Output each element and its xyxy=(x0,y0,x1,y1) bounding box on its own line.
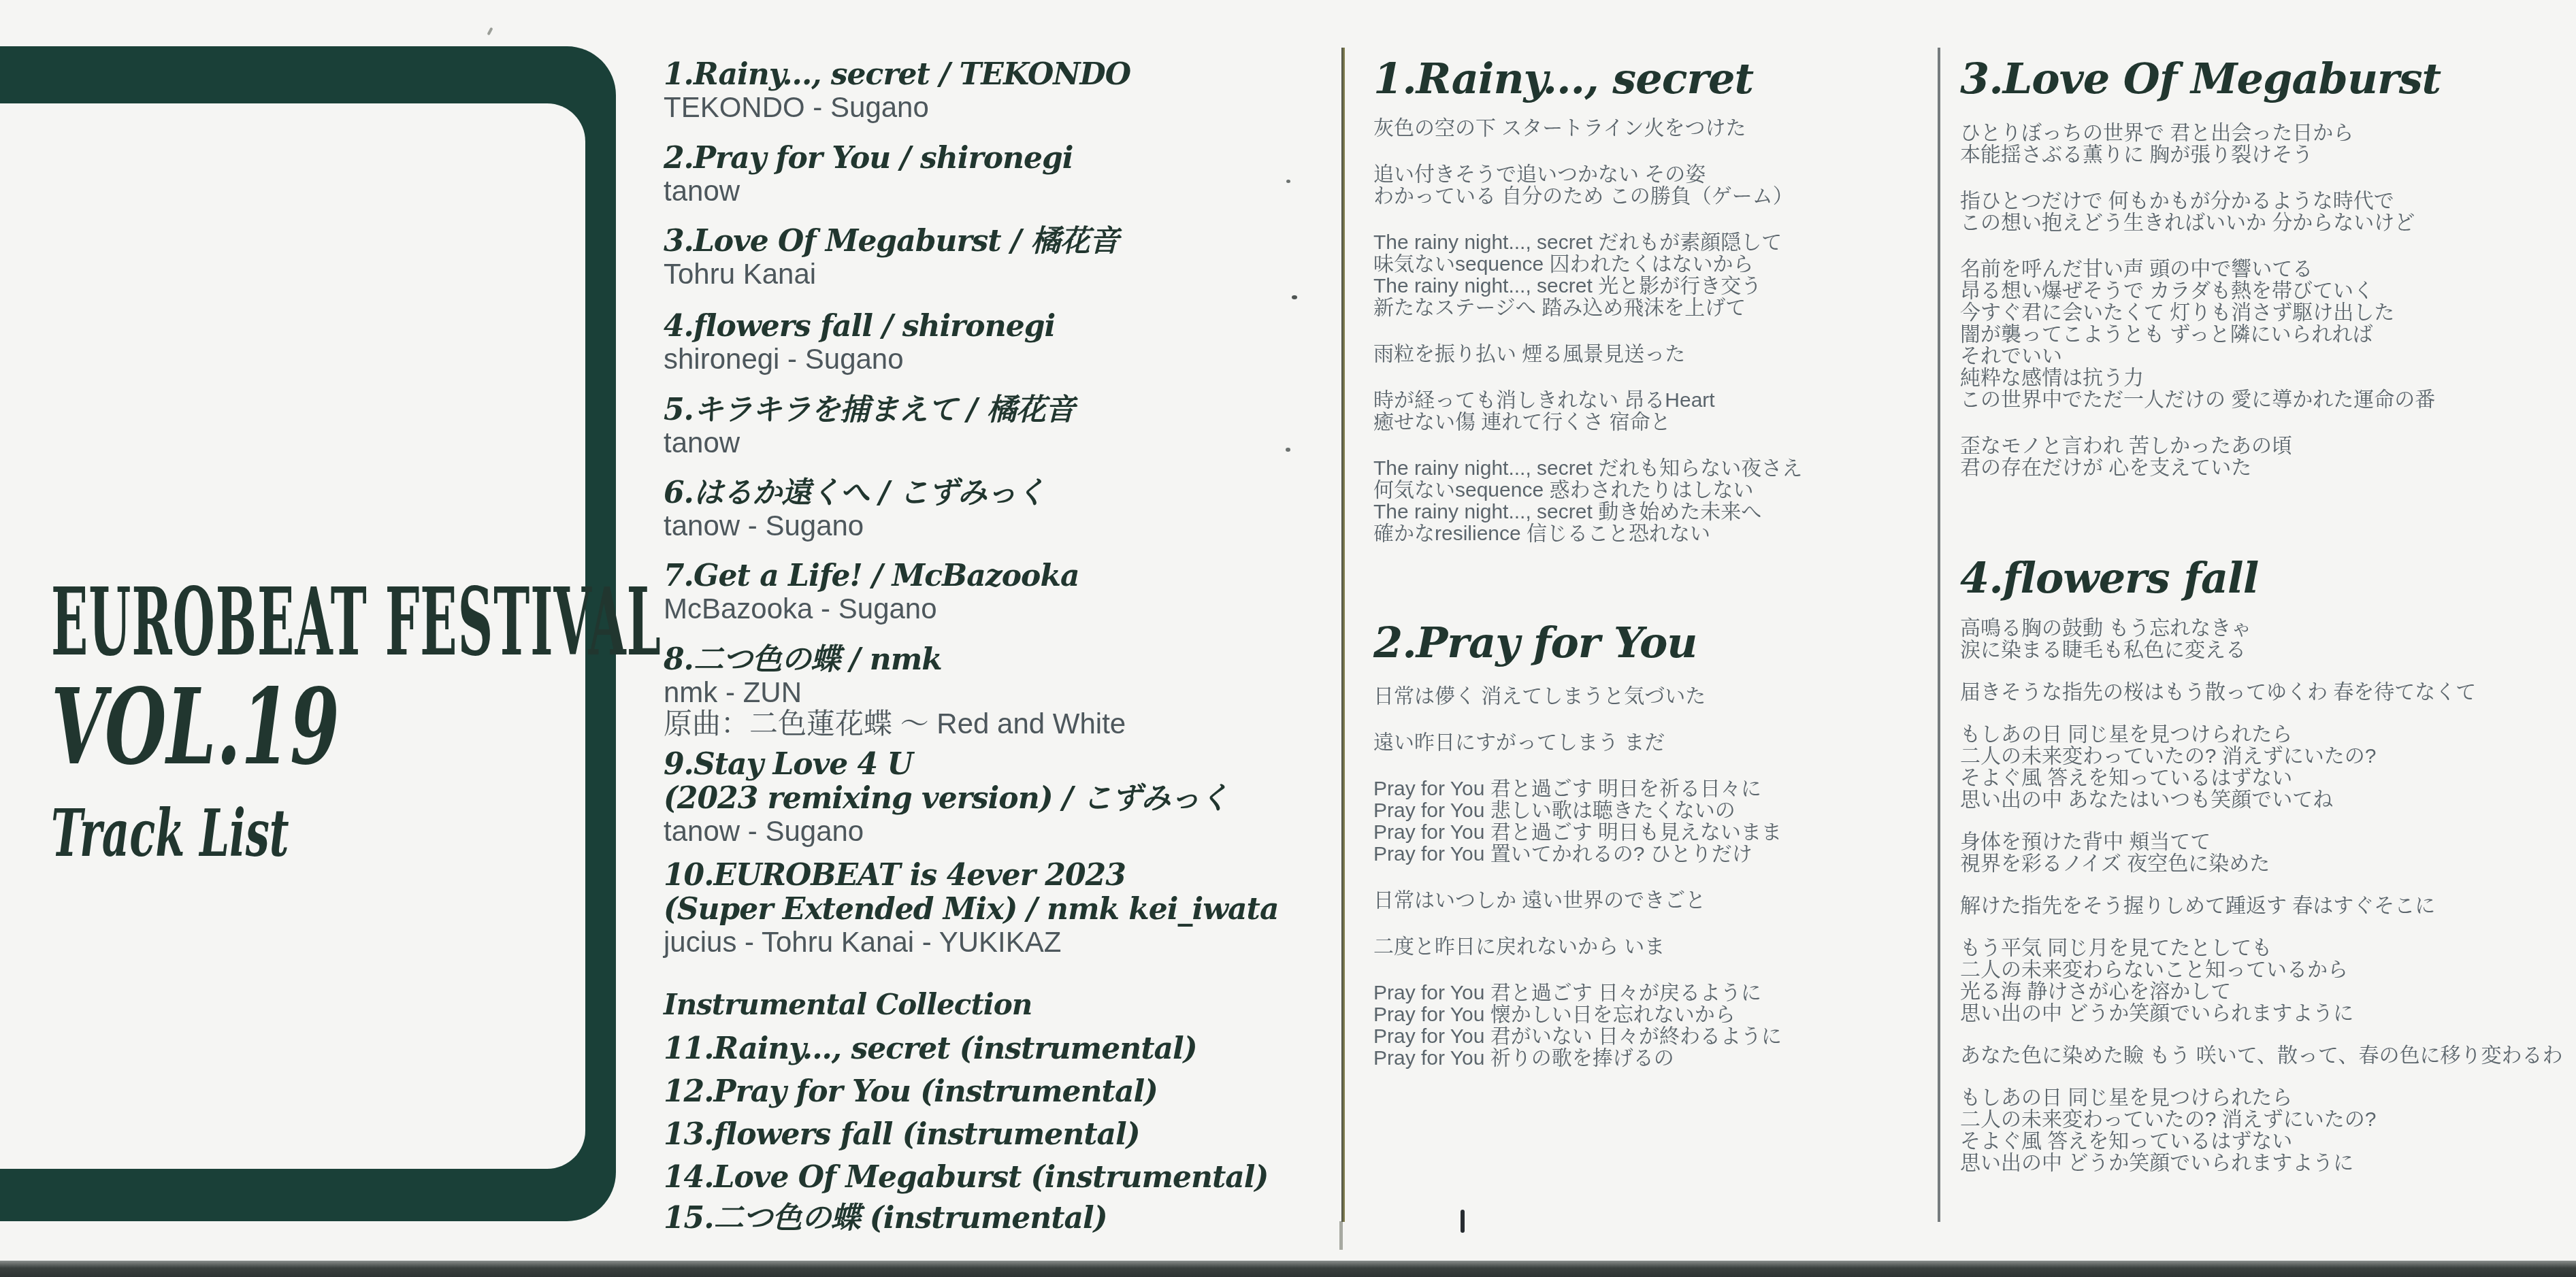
track-title: 1.Rainy..., secret / TEKONDO xyxy=(664,58,1130,92)
track-credit: tanow - Sugano xyxy=(664,816,1228,847)
lyric-line: 確かなresilience 信じること恐れない xyxy=(1373,523,1952,545)
lyric-stanza: 灰色の空の下 スタートライン火をつけた xyxy=(1373,118,1952,139)
track-title: 6.はるか遠くへ / こずみっく xyxy=(664,476,1045,510)
track-entry: 3.Love Of Megaburst / 橘花音Tohru Kanai xyxy=(664,225,1118,290)
lyric-line: The rainy night..., secret だれも知らない夜さえ xyxy=(1373,458,1952,480)
track-entry: 6.はるか遠くへ / こずみっくtanow - Sugano xyxy=(664,476,1045,542)
instrumental-collection-label: Instrumental Collection xyxy=(664,988,1032,1022)
lyric-line: 思い出の中 どうか笑顔でいられますように xyxy=(1960,1003,2539,1025)
track-entry: 8.二つ色の蝶 / nmknmk - ZUN原曲：二色蓮花蝶 ～ Red and… xyxy=(664,643,1126,740)
instrumental-track-entry: 15.二つ色の蝶 (instrumental) xyxy=(664,1201,1107,1235)
track-title-line2: (Super Extended Mix) / nmk kei_iwata xyxy=(664,893,1278,927)
lyric-stanza: 日常はいつしか 遠い世界のできごと xyxy=(1373,890,1952,912)
page-divider-left xyxy=(1341,48,1345,1222)
lyric-line: 歪なモノと言われ 苦しかったあの頃 xyxy=(1960,435,2539,457)
lyric-line: 身体を預けた背中 頬当てて xyxy=(1960,831,2539,853)
lyric-line: もしあの日 同じ星を見つけられたら xyxy=(1960,1087,2539,1109)
track-title: 5.キラキラを捕まえて / 橘花音 xyxy=(664,393,1075,427)
lyric-line: 二度と昨日に戻れないから いま xyxy=(1373,936,1952,958)
scan-speck xyxy=(487,27,493,35)
lyric-line: 今すぐ君に会いたくて 灯りも消さず駆け出した xyxy=(1960,302,2539,324)
track-credit: tanow xyxy=(664,176,1073,207)
instrumental-track-title: 14.Love Of Megaburst (instrumental) xyxy=(664,1161,1268,1195)
lyric-line: わかっている 自分のため この勝負（ゲーム） xyxy=(1373,186,1952,208)
lyric-stanza: 届きそうな指先の桜はもう散ってゆくわ 春を待てなくて xyxy=(1960,682,2539,703)
lyric-line: 思い出の中 どうか笑顔でいられますように xyxy=(1960,1152,2539,1174)
track-list: 1.Rainy..., secret / TEKONDOTEKONDO - Su… xyxy=(664,0,1194,1277)
lyric-line: 解けた指先をそう握りしめて踵返す 春はすぐそこに xyxy=(1960,895,2539,917)
lyric-stanza: Pray for You 君と過ごす 日々が戻るようにPray for You … xyxy=(1373,982,1952,1069)
lyric-stanza: 解けた指先をそう握りしめて踵返す 春はすぐそこに xyxy=(1960,895,2539,917)
track-entry: 1.Rainy..., secret / TEKONDOTEKONDO - Su… xyxy=(664,58,1130,123)
lyric-line: ひとりぼっちの世界で 君と出会った日から xyxy=(1960,122,2539,144)
lyric-stanza: 追い付きそうで追いつかない その姿わかっている 自分のため この勝負（ゲーム） xyxy=(1373,164,1952,208)
track-title-line2: (2023 remixing version) / こずみっく xyxy=(664,782,1228,816)
lyric-line: Pray for You 君と過ごす 明日も見えないまま xyxy=(1373,822,1952,844)
track-credit: shironegi - Sugano xyxy=(664,344,1055,375)
song-section-heading: 2.Pray for You xyxy=(1373,622,1952,664)
cd-booklet-scan: EUROBEAT FESTIVAL VOL.19 Track List 1.Ra… xyxy=(0,0,2576,1277)
lyric-line: 闇が襲ってこようとも ずっと隣にいられれば xyxy=(1960,324,2539,346)
scan-bottom-edge xyxy=(0,1261,2576,1277)
lyric-line: この想い抱えどう生きればいいか 分からないけど xyxy=(1960,212,2539,234)
track-credit: McBazooka - Sugano xyxy=(664,593,1079,625)
track-title: 7.Get a Life! / McBazooka xyxy=(664,559,1079,593)
instrumental-track-entry: 11.Rainy..., secret (instrumental) xyxy=(664,1032,1197,1066)
lyric-line: 雨粒を振り払い 煙る風景見送った xyxy=(1373,344,1952,365)
lyric-stanza: Pray for You 君と過ごす 明日を祈る日々にPray for You … xyxy=(1373,778,1952,865)
track-credit: Tohru Kanai xyxy=(664,259,1118,290)
scan-speck xyxy=(1292,295,1297,299)
track-title: 3.Love Of Megaburst / 橘花音 xyxy=(664,225,1118,259)
lyric-line: 日常はいつしか 遠い世界のできごと xyxy=(1373,890,1952,912)
lyric-stanza: 歪なモノと言われ 苦しかったあの頃君の存在だけが 心を支えていた xyxy=(1960,435,2539,479)
lyric-stanza: 遠い昨日にすがってしまう まだ xyxy=(1373,732,1952,754)
lyric-stanza: 身体を預けた背中 頬当てて視界を彩るノイズ 夜空色に染めた xyxy=(1960,831,2539,875)
track-entry: 5.キラキラを捕まえて / 橘花音tanow xyxy=(664,393,1075,459)
lyric-line: 時が経っても消しきれない 昂るHeart xyxy=(1373,390,1952,412)
lyric-line: 本能揺さぶる薫りに 胸が張り裂けそう xyxy=(1960,144,2539,166)
lyric-line: それでいい xyxy=(1960,346,2539,367)
track-title: 9.Stay Love 4 U xyxy=(664,748,1228,782)
lyric-line: もしあの日 同じ星を見つけられたら xyxy=(1960,724,2539,746)
lyric-line: Pray for You 置いてかれるの? ひとりだけ xyxy=(1373,844,1952,865)
instrumental-track-title: 12.Pray for You (instrumental) xyxy=(664,1075,1158,1109)
song-section-heading: 3.Love Of Megaburst xyxy=(1960,58,2539,100)
lyric-line: 癒せない傷 連れて行くさ 宿命と xyxy=(1373,412,1952,433)
lyric-line: 君の存在だけが 心を支えていた xyxy=(1960,457,2539,479)
instrumental-track-title: 15.二つ色の蝶 (instrumental) xyxy=(664,1201,1107,1235)
lyric-line: 純粋な感情は抗う力 xyxy=(1960,367,2539,389)
track-credit: tanow - Sugano xyxy=(664,510,1045,542)
lyric-line: 思い出の中 あなたはいつも笑顔でいてね xyxy=(1960,789,2539,811)
track-credit: tanow xyxy=(664,427,1075,459)
instrumental-collection-header: Instrumental Collection xyxy=(664,988,1032,1022)
scan-speck xyxy=(1286,180,1290,183)
lyric-line: この世界中でただ一人だけの 愛に導かれた運命の番 xyxy=(1960,389,2539,411)
lyric-stanza: あなた色に染めた瞼 もう 咲いて、散って、春の色に移り変わるわ xyxy=(1960,1045,2539,1067)
lyric-stanza: 名前を呼んだ甘い声 頭の中で響いてる昂る想い爆ぜそうで カラダも熱を帯びていく今… xyxy=(1960,259,2539,411)
song-section-heading: 1.Rainy..., secret xyxy=(1373,58,1952,100)
lyric-stanza: もしあの日 同じ星を見つけられたら二人の未来変わっていたの? 消えずにいたの?そ… xyxy=(1960,1087,2539,1174)
lyric-stanza: 指ひとつだけで 何もかもが分かるような時代でこの想い抱えどう生きればいいか 分か… xyxy=(1960,190,2539,234)
lyric-line: 二人の未来変わっていたの? 消えずにいたの? xyxy=(1960,746,2539,767)
track-entry: 7.Get a Life! / McBazookaMcBazooka - Sug… xyxy=(664,559,1079,625)
lyric-line: 名前を呼んだ甘い声 頭の中で響いてる xyxy=(1960,259,2539,280)
lyric-line: The rainy night..., secret 動き始めた未来へ xyxy=(1373,501,1952,523)
lyric-line: 二人の未来変わっていたの? 消えずにいたの? xyxy=(1960,1109,2539,1131)
lyrics-page-1: 1.Rainy..., secret灰色の空の下 スタートライン火をつけた追い付… xyxy=(1373,58,1952,1094)
track-credit-origin: 原曲：二色蓮花蝶 ～ Red and White xyxy=(664,708,1126,740)
track-title: 10.EUROBEAT is 4ever 2023 xyxy=(664,859,1278,893)
lyric-stanza: もう平気 同じ月を見てたとしても二人の未来変わらないこと知っているから光る海 静… xyxy=(1960,938,2539,1025)
song-section-heading: 4.flowers fall xyxy=(1960,557,2539,599)
scan-smudge xyxy=(1339,1221,1343,1250)
track-credit: jucius - Tohru Kanai - YUKIKAZ xyxy=(664,927,1278,958)
lyric-line: 追い付きそうで追いつかない その姿 xyxy=(1373,164,1952,186)
lyric-stanza: 時が経っても消しきれない 昂るHeart癒せない傷 連れて行くさ 宿命と xyxy=(1373,390,1952,433)
lyric-line: 新たなステージへ 踏み込め飛沫を上げて xyxy=(1373,297,1952,319)
lyric-stanza: ひとりぼっちの世界で 君と出会った日から本能揺さぶる薫りに 胸が張り裂けそう xyxy=(1960,122,2539,166)
lyric-line: 何気ないsequence 惑わされたりはしない xyxy=(1373,480,1952,501)
lyric-line: Pray for You 君がいない 日々が終わるように xyxy=(1373,1026,1952,1048)
track-entry: 4.flowers fall / shironegishironegi - Su… xyxy=(664,310,1055,375)
instrumental-track-entry: 14.Love Of Megaburst (instrumental) xyxy=(664,1161,1268,1195)
track-entry: 9.Stay Love 4 U(2023 remixing version) /… xyxy=(664,748,1228,847)
lyric-line: もう平気 同じ月を見てたとしても xyxy=(1960,938,2539,959)
track-title: 4.flowers fall / shironegi xyxy=(664,310,1055,344)
lyric-stanza: 日常は儚く 消えてしまうと気づいた xyxy=(1373,686,1952,708)
lyric-stanza: 高鳴る胸の鼓動 もう忘れなきゃ涙に染まる睫毛も私色に変える xyxy=(1960,618,2539,661)
lyric-stanza: The rainy night..., secret だれもが素顔隠して味気ない… xyxy=(1373,232,1952,319)
lyric-line: 日常は儚く 消えてしまうと気づいた xyxy=(1373,686,1952,708)
lyric-line: 味気ないsequence 囚われたくはないから xyxy=(1373,254,1952,276)
fold-crease-mark xyxy=(1461,1210,1465,1233)
lyric-line: 昂る想い爆ぜそうで カラダも熱を帯びていく xyxy=(1960,280,2539,302)
lyric-line: 指ひとつだけで 何もかもが分かるような時代で xyxy=(1960,190,2539,212)
track-credit: nmk - ZUN xyxy=(664,677,1126,708)
instrumental-track-title: 11.Rainy..., secret (instrumental) xyxy=(664,1032,1197,1066)
track-entry: 2.Pray for You / shironegitanow xyxy=(664,142,1073,207)
track-credit: TEKONDO - Sugano xyxy=(664,92,1130,123)
lyrics-page-2: 3.Love Of Megaburstひとりぼっちの世界で 君と出会った日から本… xyxy=(1960,58,2539,1195)
lyric-line: The rainy night..., secret 光と影が行き交う xyxy=(1373,276,1952,297)
track-title: 8.二つ色の蝶 / nmk xyxy=(664,643,1126,677)
lyric-line: 二人の未来変わらないこと知っているから xyxy=(1960,959,2539,981)
track-title: 2.Pray for You / shironegi xyxy=(664,142,1073,176)
lyric-line: The rainy night..., secret だれもが素顔隠して xyxy=(1373,232,1952,254)
lyric-line: Pray for You 懐かしい日を忘れないから xyxy=(1373,1004,1952,1026)
lyric-stanza: もしあの日 同じ星を見つけられたら二人の未来変わっていたの? 消えずにいたの?そ… xyxy=(1960,724,2539,811)
lyric-line: 灰色の空の下 スタートライン火をつけた xyxy=(1373,118,1952,139)
scan-speck xyxy=(1286,448,1290,452)
lyric-stanza: 二度と昨日に戻れないから いま xyxy=(1373,936,1952,958)
lyric-line: 高鳴る胸の鼓動 もう忘れなきゃ xyxy=(1960,618,2539,640)
lyric-line: Pray for You 悲しい歌は聴きたくないの xyxy=(1373,800,1952,822)
lyric-line: Pray for You 祈りの歌を捧げるの xyxy=(1373,1048,1952,1069)
track-entry: 10.EUROBEAT is 4ever 2023(Super Extended… xyxy=(664,859,1278,958)
lyric-line: Pray for You 君と過ごす 日々が戻るように xyxy=(1373,982,1952,1004)
lyric-stanza: 雨粒を振り払い 煙る風景見送った xyxy=(1373,344,1952,365)
lyric-line: 光る海 静けさが心を溶かして xyxy=(1960,981,2539,1003)
instrumental-track-title: 13.flowers fall (instrumental) xyxy=(664,1118,1140,1152)
lyric-line: 届きそうな指先の桜はもう散ってゆくわ 春を待てなくて xyxy=(1960,682,2539,703)
album-title: EUROBEAT FESTIVAL xyxy=(51,575,662,670)
instrumental-track-entry: 13.flowers fall (instrumental) xyxy=(664,1118,1140,1152)
lyric-line: Pray for You 君と過ごす 明日を祈る日々に xyxy=(1373,778,1952,800)
lyric-line: 視界を彩るノイズ 夜空色に染めた xyxy=(1960,853,2539,875)
lyric-stanza: The rainy night..., secret だれも知らない夜さえ何気な… xyxy=(1373,458,1952,545)
lyric-line: そよぐ風 答えを知っているはずない xyxy=(1960,767,2539,789)
lyric-line: あなた色に染めた瞼 もう 咲いて、散って、春の色に移り変わるわ xyxy=(1960,1045,2539,1067)
lyric-line: そよぐ風 答えを知っているはずない xyxy=(1960,1131,2539,1152)
lyric-line: 遠い昨日にすがってしまう まだ xyxy=(1373,732,1952,754)
lyric-line: 涙に染まる睫毛も私色に変える xyxy=(1960,640,2539,661)
instrumental-track-entry: 12.Pray for You (instrumental) xyxy=(664,1075,1158,1109)
